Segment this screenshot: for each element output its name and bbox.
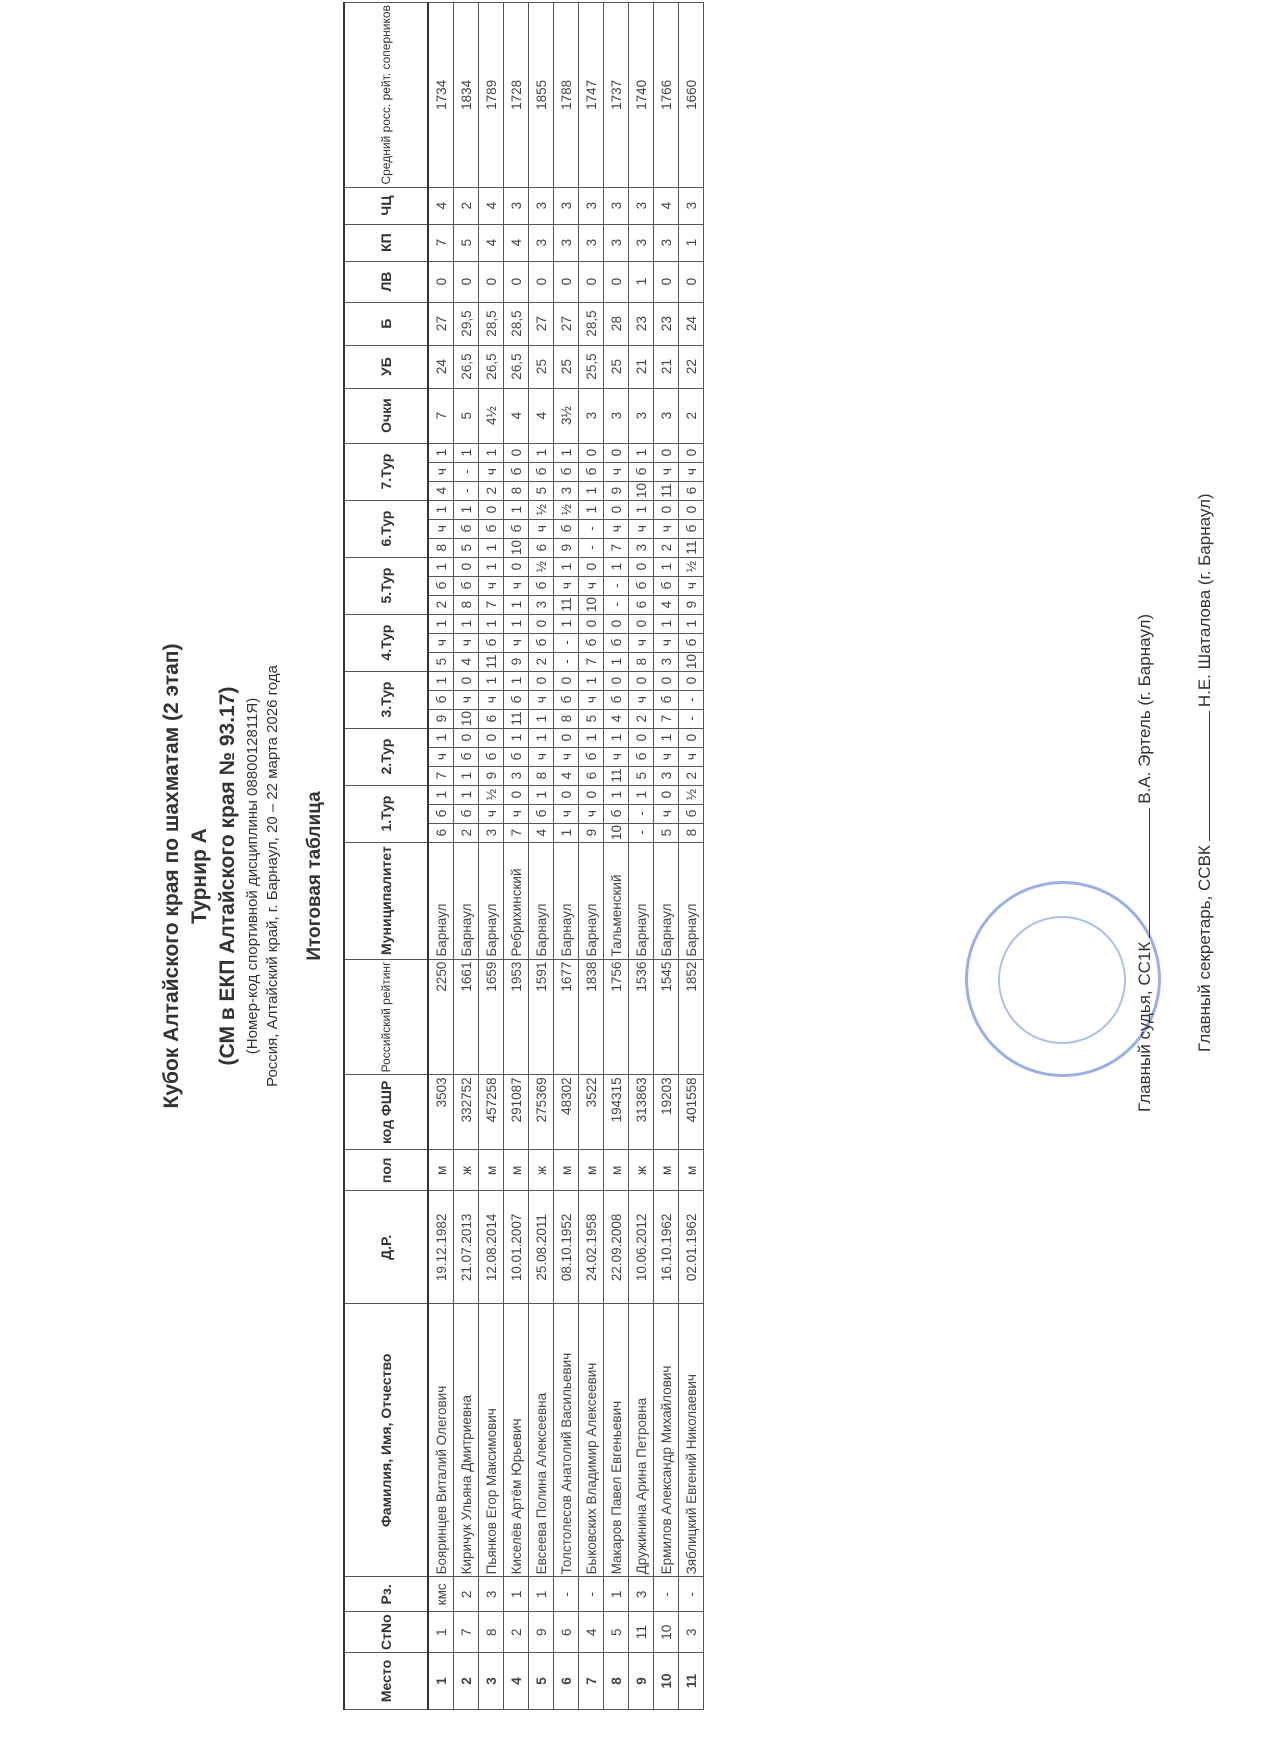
round-color-cell: ч: [504, 633, 529, 652]
round-result-cell: 0: [654, 785, 679, 804]
secretary-role: Главный секретарь, ССВК: [1195, 845, 1214, 1052]
avg-rating-cell: 1728: [504, 3, 529, 187]
round-color-cell: ч: [479, 576, 504, 595]
place-cell: 9: [629, 1653, 654, 1710]
round-opponent-cell: 9: [504, 652, 529, 671]
round-color-cell: ч: [479, 804, 504, 823]
round-opponent-cell: 4: [554, 766, 579, 785]
rz-cell: 1: [504, 1577, 529, 1612]
round-color-cell: б: [504, 747, 529, 766]
place-cell: 6: [554, 1653, 579, 1710]
round-color-cell: б: [629, 576, 654, 595]
round-opponent-cell: 4: [654, 595, 679, 614]
lv-cell: 0: [679, 261, 704, 302]
col-kp: КП: [344, 224, 428, 261]
sex-cell: м: [604, 1150, 629, 1191]
kp-cell: 7: [428, 224, 454, 261]
rz-cell: 3: [629, 1577, 654, 1612]
table-row: 851Макаров Павел Евгеньевич22.09.2008м19…: [604, 3, 629, 1710]
round-result-cell: 1: [428, 728, 454, 747]
judge-name: В.А. Эртель (г. Барнаул): [1135, 614, 1154, 804]
rating-cell: 1838: [579, 959, 604, 1075]
round-result-cell: 0: [479, 500, 504, 519]
table-header-row: Место СтNo Рз. Фамилия, Имя, Отчество Д.…: [344, 3, 428, 1710]
lv-cell: 0: [479, 261, 504, 302]
round-result-cell: 1: [454, 500, 479, 519]
round-color-cell: б: [629, 747, 654, 766]
rz-cell: -: [679, 1577, 704, 1612]
round-opponent-cell: 6: [428, 823, 454, 842]
col-place: Место: [344, 1653, 428, 1710]
b-cell: 27: [554, 302, 579, 345]
st-cell: 7: [454, 1612, 479, 1653]
round-result-cell: 1: [504, 728, 529, 747]
round-result-cell: 1: [679, 614, 704, 633]
kp-cell: 3: [604, 224, 629, 261]
code-cell: 19203: [654, 1075, 679, 1150]
dob-cell: 10.01.2007: [504, 1191, 529, 1304]
round-opponent-cell: 4: [604, 709, 629, 728]
name-cell: Быковских Владимир Алексеевич: [579, 1304, 604, 1577]
round-opponent-cell: 8: [629, 652, 654, 671]
round-result-cell: 0: [554, 785, 579, 804]
dob-cell: 16.10.1962: [654, 1191, 679, 1304]
points-cell: 3: [579, 388, 604, 443]
round-opponent-cell: 7: [654, 709, 679, 728]
round-color-cell: б: [428, 804, 454, 823]
round-opponent-cell: 8: [454, 595, 479, 614]
round-opponent-cell: 1: [554, 823, 579, 842]
municipality-cell: Барнаул: [428, 842, 454, 959]
col-round: 2.Тур: [344, 728, 428, 785]
sex-cell: м: [428, 1150, 454, 1191]
round-color-cell: б: [604, 804, 629, 823]
b-cell: 24: [679, 302, 704, 345]
round-opponent-cell: 3: [554, 481, 579, 500]
doc-subtitle: Турнир А: [188, 0, 212, 1752]
place-cell: 5: [529, 1653, 554, 1710]
round-result-cell: ½: [529, 557, 554, 576]
round-result-cell: 1: [604, 728, 629, 747]
round-opponent-cell: 9: [554, 538, 579, 557]
name-cell: Ермилов Александр Михайлович: [654, 1304, 679, 1577]
round-opponent-cell: 6: [479, 709, 504, 728]
ub-cell: 25: [604, 345, 629, 388]
round-result-cell: 1: [579, 728, 604, 747]
round-opponent-cell: 11: [479, 652, 504, 671]
place-cell: 1: [428, 1653, 454, 1710]
round-result-cell: 0: [629, 557, 654, 576]
rating-cell: 1659: [479, 959, 504, 1075]
round-opponent-cell: -: [454, 481, 479, 500]
st-cell: 6: [554, 1612, 579, 1653]
round-color-cell: б: [679, 519, 704, 538]
dob-cell: 24.02.1958: [579, 1191, 604, 1304]
round-result-cell: ½: [679, 557, 704, 576]
name-cell: Дружинина Арина Петровна: [629, 1304, 654, 1577]
round-opponent-cell: 10: [504, 538, 529, 557]
chc-cell: 3: [529, 187, 554, 224]
sex-cell: м: [679, 1150, 704, 1191]
ub-cell: 25: [554, 345, 579, 388]
round-color-cell: ч: [654, 462, 679, 481]
round-opponent-cell: 9: [579, 823, 604, 842]
b-cell: 27: [428, 302, 454, 345]
round-result-cell: 1: [428, 500, 454, 519]
round-color-cell: б: [529, 804, 554, 823]
code-cell: 291087: [504, 1075, 529, 1150]
name-cell: Киричук Ульяна Дмитриевна: [454, 1304, 479, 1577]
round-color-cell: ч: [579, 576, 604, 595]
sex-cell: м: [479, 1150, 504, 1191]
kp-cell: 3: [529, 224, 554, 261]
col-name: Фамилия, Имя, Отчество: [344, 1304, 428, 1577]
round-result-cell: 1: [629, 443, 654, 462]
municipality-cell: Ребрихинский: [504, 842, 529, 959]
dob-cell: 12.08.2014: [479, 1191, 504, 1304]
round-opponent-cell: 11: [554, 595, 579, 614]
doc-code-line: (Номер-код спортивной дисциплины 0880012…: [244, 0, 261, 1752]
rz-cell: 2: [454, 1577, 479, 1612]
lv-cell: 1: [629, 261, 654, 302]
ub-cell: 25,5: [579, 345, 604, 388]
round-opponent-cell: 1: [504, 595, 529, 614]
round-color-cell: б: [454, 804, 479, 823]
rating-cell: 1661: [454, 959, 479, 1075]
col-dob: Д.Р.: [344, 1191, 428, 1304]
col-rating: Российский рейтинг: [344, 959, 428, 1075]
ub-cell: 24: [428, 345, 454, 388]
round-opponent-cell: 5: [454, 538, 479, 557]
table-row: 383Пьянков Егор Максимович12.08.2014м457…: [479, 3, 504, 1710]
secretary-signature: Главный секретарь, ССВКН.Е. Шаталова (г.…: [1195, 493, 1215, 1052]
round-result-cell: 0: [629, 614, 654, 633]
chc-cell: 3: [629, 187, 654, 224]
round-result-cell: 0: [579, 614, 604, 633]
round-result-cell: 0: [654, 500, 679, 519]
judge-signature: Главный судья, СС1КВ.А. Эртель (г. Барна…: [1135, 614, 1155, 1112]
round-opponent-cell: 1: [604, 652, 629, 671]
name-cell: Евсеева Полина Алексеевна: [529, 1304, 554, 1577]
b-cell: 27: [529, 302, 554, 345]
round-result-cell: 1: [504, 614, 529, 633]
place-cell: 4: [504, 1653, 529, 1710]
round-result-cell: 0: [629, 671, 654, 690]
municipality-cell: Барнаул: [579, 842, 604, 959]
round-color-cell: б: [428, 576, 454, 595]
chc-cell: 3: [554, 187, 579, 224]
round-result-cell: 1: [604, 785, 629, 804]
round-result-cell: 0: [529, 671, 554, 690]
sex-cell: м: [654, 1150, 679, 1191]
avg-rating-cell: 1734: [428, 3, 454, 187]
lv-cell: 0: [504, 261, 529, 302]
code-cell: 332752: [454, 1075, 479, 1150]
lv-cell: 0: [554, 261, 579, 302]
round-color-cell: б: [554, 690, 579, 709]
table-row: 9113Дружинина Арина Петровна10.06.2012ж3…: [629, 3, 654, 1710]
municipality-cell: Барнаул: [679, 842, 704, 959]
col-round: 5.Тур: [344, 557, 428, 614]
round-color-cell: б: [529, 576, 554, 595]
round-opponent-cell: 7: [479, 595, 504, 614]
round-result-cell: 1: [654, 728, 679, 747]
round-opponent-cell: 3: [479, 823, 504, 842]
round-color-cell: б: [679, 804, 704, 823]
signature-line: [1209, 711, 1210, 841]
code-cell: 457258: [479, 1075, 504, 1150]
round-color-cell: б: [504, 519, 529, 538]
round-color-cell: б: [454, 747, 479, 766]
secretary-name: Н.Е. Шаталова (г. Барнаул): [1195, 493, 1214, 707]
col-sex: пол: [344, 1150, 428, 1191]
ub-cell: 22: [679, 345, 704, 388]
round-color-cell: ч: [554, 804, 579, 823]
round-opponent-cell: 9: [428, 709, 454, 728]
ub-cell: 21: [654, 345, 679, 388]
judge-role: Главный судья, СС1К: [1135, 942, 1154, 1112]
code-cell: 194315: [604, 1075, 629, 1150]
place-cell: 8: [604, 1653, 629, 1710]
round-color-cell: -: [554, 633, 579, 652]
lv-cell: 0: [604, 261, 629, 302]
round-opponent-cell: 8: [529, 766, 554, 785]
round-result-cell: 1: [529, 443, 554, 462]
lv-cell: 0: [654, 261, 679, 302]
round-result-cell: 0: [504, 443, 529, 462]
col-ub: УБ: [344, 345, 428, 388]
round-result-cell: 0: [604, 671, 629, 690]
round-opponent-cell: 8: [504, 481, 529, 500]
sex-cell: ж: [629, 1150, 654, 1191]
rating-cell: 1536: [629, 959, 654, 1075]
round-result-cell: 1: [479, 671, 504, 690]
round-result-cell: 1: [454, 443, 479, 462]
kp-cell: 3: [579, 224, 604, 261]
round-result-cell: 1: [428, 785, 454, 804]
round-result-cell: 0: [654, 671, 679, 690]
table-row: 113-Зяблицкий Евгений Николаевич02.01.19…: [679, 3, 704, 1710]
round-opponent-cell: -: [604, 595, 629, 614]
round-result-cell: 0: [679, 443, 704, 462]
round-color-cell: б: [504, 462, 529, 481]
rz-cell: 3: [479, 1577, 504, 1612]
sex-cell: м: [554, 1150, 579, 1191]
ub-cell: 25: [529, 345, 554, 388]
code-cell: 3522: [579, 1075, 604, 1150]
col-mun: Муниципалитет: [344, 842, 428, 959]
code-cell: 275369: [529, 1075, 554, 1150]
signature-line: [1149, 808, 1150, 938]
round-color-cell: -: [629, 804, 654, 823]
round-color-cell: ч: [454, 690, 479, 709]
round-result-cell: 1: [579, 671, 604, 690]
rz-cell: 1: [604, 1577, 629, 1612]
place-cell: 7: [579, 1653, 604, 1710]
round-color-cell: ч: [428, 633, 454, 652]
table-title: Итоговая таблица: [304, 0, 326, 1752]
kp-cell: 3: [629, 224, 654, 261]
rating-cell: 1756: [604, 959, 629, 1075]
dob-cell: 02.01.1962: [679, 1191, 704, 1304]
st-cell: 8: [479, 1612, 504, 1653]
round-result-cell: 0: [579, 443, 604, 462]
round-opponent-cell: 10: [579, 595, 604, 614]
table-row: 1010-Ермилов Александр Михайлович16.10.1…: [654, 3, 679, 1710]
round-result-cell: 1: [579, 500, 604, 519]
round-result-cell: ½: [529, 500, 554, 519]
round-opponent-cell: 2: [454, 823, 479, 842]
st-cell: 3: [679, 1612, 704, 1653]
round-color-cell: б: [604, 690, 629, 709]
round-result-cell: 0: [454, 671, 479, 690]
round-color-cell: б: [454, 576, 479, 595]
round-result-cell: 1: [629, 785, 654, 804]
kp-cell: 4: [504, 224, 529, 261]
round-opponent-cell: 10: [629, 481, 654, 500]
round-opponent-cell: 5: [654, 823, 679, 842]
round-opponent-cell: 2: [654, 538, 679, 557]
points-cell: 3½: [554, 388, 579, 443]
avg-rating-cell: 1737: [604, 3, 629, 187]
st-cell: 9: [529, 1612, 554, 1653]
place-cell: 10: [654, 1653, 679, 1710]
round-opponent-cell: 3: [654, 652, 679, 671]
round-opponent-cell: 1: [579, 481, 604, 500]
b-cell: 28: [604, 302, 629, 345]
round-opponent-cell: 9: [679, 595, 704, 614]
name-cell: Зяблицкий Евгений Николаевич: [679, 1304, 704, 1577]
round-opponent-cell: 3: [504, 766, 529, 785]
kp-cell: 3: [554, 224, 579, 261]
municipality-cell: Барнаул: [629, 842, 654, 959]
dob-cell: 25.08.2011: [529, 1191, 554, 1304]
round-color-cell: ч: [454, 633, 479, 652]
st-cell: 10: [654, 1612, 679, 1653]
round-color-cell: б: [579, 462, 604, 481]
rating-cell: 1953: [504, 959, 529, 1075]
round-color-cell: ч: [428, 747, 454, 766]
table-row: 66-Толстолесов Анатолий Васильевич08.10.…: [554, 3, 579, 1710]
name-cell: Макаров Павел Евгеньевич: [604, 1304, 629, 1577]
name-cell: Бояринцев Виталий Олегович: [428, 1304, 454, 1577]
round-opponent-cell: 11: [504, 709, 529, 728]
col-code: код ФШР: [344, 1075, 428, 1150]
code-cell: 401558: [679, 1075, 704, 1150]
ub-cell: 26,5: [479, 345, 504, 388]
round-result-cell: 0: [504, 785, 529, 804]
round-color-cell: ч: [654, 519, 679, 538]
round-result-cell: 1: [479, 614, 504, 633]
round-result-cell: 1: [604, 557, 629, 576]
place-cell: 11: [679, 1653, 704, 1710]
b-cell: 23: [654, 302, 679, 345]
round-opponent-cell: -: [579, 538, 604, 557]
round-color-cell: ч: [604, 519, 629, 538]
round-color-cell: б: [554, 519, 579, 538]
round-result-cell: 1: [428, 443, 454, 462]
round-opponent-cell: 2: [629, 709, 654, 728]
round-result-cell: 1: [479, 443, 504, 462]
round-opponent-cell: 11: [654, 481, 679, 500]
table-row: 74-Быковских Владимир Алексеевич24.02.19…: [579, 3, 604, 1710]
round-opponent-cell: 6: [629, 595, 654, 614]
table-row: 272Киричук Ульяна Дмитриевна21.07.2013ж3…: [454, 3, 479, 1710]
round-color-cell: б: [554, 462, 579, 481]
place-cell: 2: [454, 1653, 479, 1710]
col-b: Б: [344, 302, 428, 345]
avg-rating-cell: 1834: [454, 3, 479, 187]
round-opponent-cell: 2: [428, 595, 454, 614]
round-opponent-cell: 7: [428, 766, 454, 785]
round-color-cell: ч: [629, 633, 654, 652]
lv-cell: 0: [428, 261, 454, 302]
rz-cell: кмс: [428, 1577, 454, 1612]
results-body: 11кмсБояринцев Виталий Олегович19.12.198…: [428, 3, 704, 1710]
round-result-cell: 0: [679, 500, 704, 519]
round-opponent-cell: 3: [629, 538, 654, 557]
round-color-cell: б: [529, 633, 554, 652]
round-color-cell: ч: [679, 747, 704, 766]
round-color-cell: ч: [554, 747, 579, 766]
b-cell: 28,5: [479, 302, 504, 345]
st-cell: 5: [604, 1612, 629, 1653]
round-result-cell: 0: [579, 785, 604, 804]
round-color-cell: б: [579, 633, 604, 652]
b-cell: 29,5: [454, 302, 479, 345]
round-opponent-cell: 2: [529, 652, 554, 671]
col-rz: Рз.: [344, 1577, 428, 1612]
round-result-cell: 1: [504, 500, 529, 519]
avg-rating-cell: 1747: [579, 3, 604, 187]
round-opponent-cell: 8: [428, 538, 454, 557]
kp-cell: 1: [679, 224, 704, 261]
points-cell: 3: [604, 388, 629, 443]
col-points: Очки: [344, 388, 428, 443]
municipality-cell: Барнаул: [529, 842, 554, 959]
points-cell: 2: [679, 388, 704, 443]
points-cell: 5: [454, 388, 479, 443]
round-result-cell: 0: [679, 728, 704, 747]
round-color-cell: ч: [679, 576, 704, 595]
round-result-cell: 0: [479, 728, 504, 747]
rz-cell: -: [579, 1577, 604, 1612]
round-color-cell: ч: [504, 804, 529, 823]
round-result-cell: 0: [554, 728, 579, 747]
round-result-cell: 0: [654, 443, 679, 462]
code-cell: 313863: [629, 1075, 654, 1150]
round-result-cell: 1: [529, 728, 554, 747]
round-color-cell: ч: [529, 690, 554, 709]
chc-cell: 2: [454, 187, 479, 224]
rz-cell: -: [554, 1577, 579, 1612]
round-opponent-cell: 1: [479, 538, 504, 557]
avg-rating-cell: 1766: [654, 3, 679, 187]
round-color-cell: -: [604, 576, 629, 595]
doc-location: Россия, Алтайский край, г. Барнаул, 20 –…: [264, 0, 281, 1752]
round-result-cell: 0: [504, 557, 529, 576]
round-color-cell: б: [604, 633, 629, 652]
table-row: 11кмсБояринцев Виталий Олегович19.12.198…: [428, 3, 454, 1710]
col-round: 4.Тур: [344, 614, 428, 671]
round-opponent-cell: 2: [479, 481, 504, 500]
sex-cell: ж: [454, 1150, 479, 1191]
round-result-cell: 1: [554, 614, 579, 633]
dob-cell: 22.09.2008: [604, 1191, 629, 1304]
round-opponent-cell: -: [554, 652, 579, 671]
rating-cell: 1591: [529, 959, 554, 1075]
table-row: 591Евсеева Полина Алексеевна25.08.2011ж2…: [529, 3, 554, 1710]
